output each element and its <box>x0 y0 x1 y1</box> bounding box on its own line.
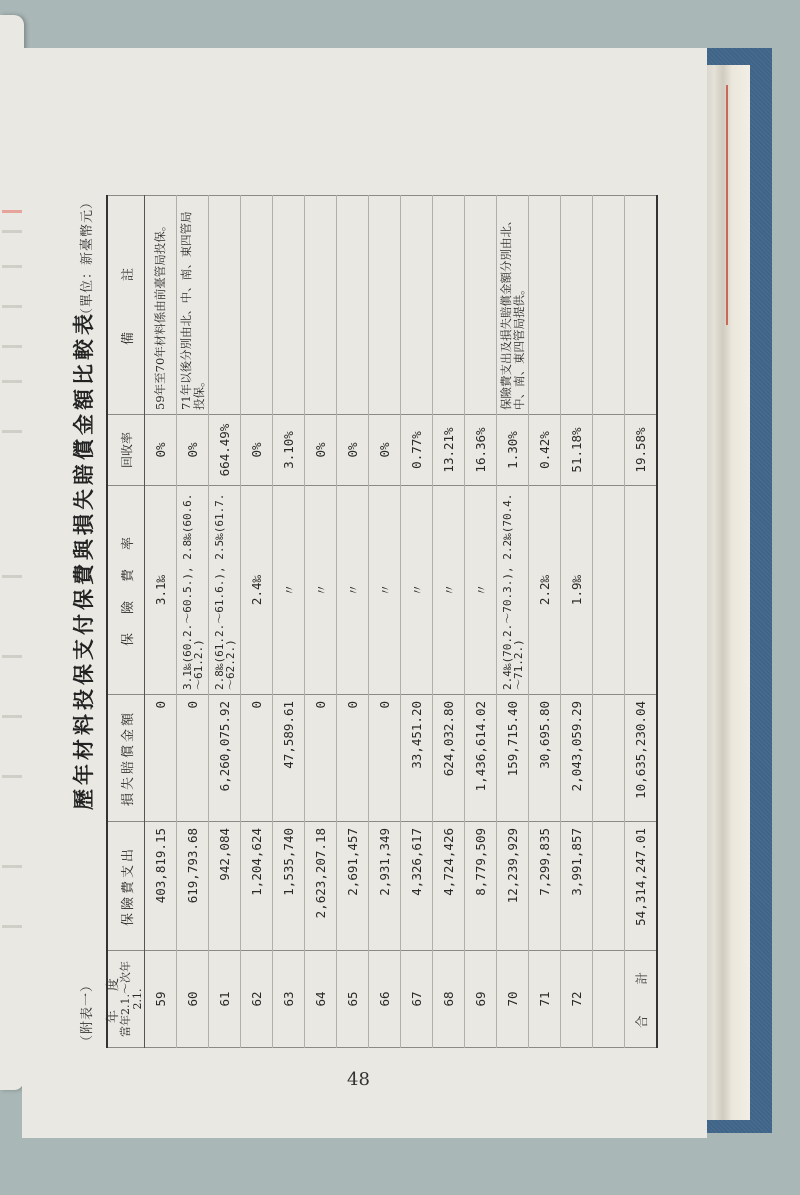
ghost-text <box>2 210 22 213</box>
cell-year: 61 <box>209 951 241 1048</box>
cell-remarks: 保險費支出及損失賠償金額分別由北、中、南、東四管局提供。 <box>497 196 529 415</box>
table-row: 70 12,239,929 159,715.40 2.4‰(70.2.～70.3… <box>497 196 529 1048</box>
cell-year: 69 <box>465 951 497 1048</box>
cell-year: 62 <box>241 951 273 1048</box>
cell-recovery-rate: 1.30% <box>497 415 529 486</box>
header-recovery-rate: 回收率 <box>107 415 145 486</box>
cell-premium-rate: 2.4‰(70.2.～70.3.), 2.2‰(70.4.～71.2.) <box>497 486 529 695</box>
ghost-text <box>2 230 22 233</box>
cell-premium-expense: 7,299,835 <box>529 822 561 951</box>
table-row: 71 7,299,835 30,695.80 2.2‰ 0.42% <box>529 196 561 1048</box>
table-row: 65 2,691,457 0 〃 0% <box>337 196 369 1048</box>
cell-year: 70 <box>497 951 529 1048</box>
cell-premium-expense: 12,239,929 <box>497 822 529 951</box>
cell-premium-expense: 942,084 <box>209 822 241 951</box>
table-total-row: 合 計 54,314,247.01 10,635,230.04 19.58% <box>625 196 658 1048</box>
cell-recovery-rate: 0% <box>305 415 337 486</box>
previous-page-edge <box>0 15 24 1090</box>
cell-remarks <box>561 196 593 415</box>
cell-premium-rate: 〃 <box>273 486 305 695</box>
cell-premium-expense: 2,931,349 <box>369 822 401 951</box>
ghost-text <box>2 715 22 718</box>
ghost-text <box>2 265 22 268</box>
bookmark-ribbon <box>726 85 728 325</box>
cell-loss-compensation: 0 <box>177 695 209 822</box>
cell-premium-rate: 3.1‰(60.2.～60.5.), 2.8‰(60.6.～61.2.) <box>177 486 209 695</box>
cell-loss-compensation: 0 <box>145 695 177 822</box>
cell-recovery-rate: 13.21% <box>433 415 465 486</box>
cell-premium-expense: 2,691,457 <box>337 822 369 951</box>
cell-premium-expense <box>593 822 625 951</box>
cell-premium-rate: 〃 <box>433 486 465 695</box>
cell-premium-expense: 4,724,426 <box>433 822 465 951</box>
cell-premium-expense: 1,535,740 <box>273 822 305 951</box>
cell-total-remarks <box>625 196 658 415</box>
cell-premium-expense: 4,326,617 <box>401 822 433 951</box>
header-remarks: 備 註 <box>107 196 145 415</box>
cell-loss-compensation: 0 <box>241 695 273 822</box>
table-row: 68 4,724,426 624,032.80 〃 13.21% <box>433 196 465 1048</box>
cell-year: 72 <box>561 951 593 1048</box>
page-title: 歷年材料投保支付保費與損失賠償金額比較表 <box>68 310 98 810</box>
comparison-table: 年 度 當年2.1.～次年2.1. 保險費支出 損失賠償金額 保 險 費 率 回… <box>106 195 658 1048</box>
table-row: 61 942,084 6,260,075.92 2.8‰(61.2.～61.6.… <box>209 196 241 1048</box>
cell-loss-compensation: 0 <box>369 695 401 822</box>
cell-recovery-rate: 51.18% <box>561 415 593 486</box>
cell-year <box>593 951 625 1048</box>
cell-recovery-rate: 0% <box>145 415 177 486</box>
cell-loss-compensation: 2,043,059.29 <box>561 695 593 822</box>
cell-premium-rate: 2.8‰(61.2.～61.6.), 2.5‰(61.7.～62.2.) <box>209 486 241 695</box>
cell-loss-compensation <box>593 695 625 822</box>
cell-loss-compensation: 33,451.20 <box>401 695 433 822</box>
ghost-text <box>2 430 22 433</box>
cell-premium-expense: 403,819.15 <box>145 822 177 951</box>
cell-loss-compensation: 159,715.40 <box>497 695 529 822</box>
cell-loss-compensation: 6,260,075.92 <box>209 695 241 822</box>
rotated-table-block: （附表一） 歷年材料投保支付保費與損失賠償金額比較表 （單位：新臺幣元） 年 度… <box>62 195 650 1048</box>
cell-loss-compensation: 1,436,614.02 <box>465 695 497 822</box>
cell-total-recovery-rate: 19.58% <box>625 415 658 486</box>
cell-remarks <box>273 196 305 415</box>
ghost-text <box>2 925 22 928</box>
ghost-text <box>2 775 22 778</box>
ghost-text <box>2 345 22 348</box>
ghost-text <box>2 305 22 308</box>
cell-premium-rate: 2.4‰ <box>241 486 273 695</box>
cell-remarks <box>241 196 273 415</box>
header-year: 年 度 當年2.1.～次年2.1. <box>107 951 145 1048</box>
cell-premium-rate: 〃 <box>337 486 369 695</box>
cell-premium-expense: 3,991,857 <box>561 822 593 951</box>
table-row: 72 3,991,857 2,043,059.29 1.9‰ 51.18% <box>561 196 593 1048</box>
cell-loss-compensation: 624,032.80 <box>433 695 465 822</box>
cell-recovery-rate <box>593 415 625 486</box>
cell-remarks <box>465 196 497 415</box>
cell-remarks <box>369 196 401 415</box>
cell-year: 67 <box>401 951 433 1048</box>
table-row: 69 8,779,509 1,436,614.02 〃 16.36% <box>465 196 497 1048</box>
cell-remarks: 71年以後分別由北、中、南、東四管局投保。 <box>177 196 209 415</box>
cell-remarks <box>593 196 625 415</box>
cell-premium-rate <box>593 486 625 695</box>
cell-premium-rate: 〃 <box>401 486 433 695</box>
cell-year: 64 <box>305 951 337 1048</box>
cell-premium-rate: 〃 <box>369 486 401 695</box>
cell-year: 71 <box>529 951 561 1048</box>
table-row: 63 1,535,740 47,589.61 〃 3.10% <box>273 196 305 1048</box>
cell-year: 68 <box>433 951 465 1048</box>
cell-recovery-rate: 0% <box>241 415 273 486</box>
cell-remarks <box>433 196 465 415</box>
header-loss-compensation: 損失賠償金額 <box>107 695 145 822</box>
cell-premium-rate: 〃 <box>465 486 497 695</box>
unit-label: （單位：新臺幣元） <box>76 195 95 321</box>
cell-recovery-rate: 0% <box>369 415 401 486</box>
cell-remarks <box>401 196 433 415</box>
header-premium-rate: 保 險 費 率 <box>107 486 145 695</box>
table-row-empty <box>593 196 625 1048</box>
cell-remarks <box>337 196 369 415</box>
cell-total-premium-expense: 54,314,247.01 <box>625 822 658 951</box>
cell-total-loss-compensation: 10,635,230.04 <box>625 695 658 822</box>
cell-loss-compensation: 0 <box>305 695 337 822</box>
ghost-text <box>2 380 22 383</box>
cell-premium-rate: 〃 <box>305 486 337 695</box>
cell-premium-expense: 619,793.68 <box>177 822 209 951</box>
cell-loss-compensation: 30,695.80 <box>529 695 561 822</box>
cell-recovery-rate: 664.49% <box>209 415 241 486</box>
table-row: 60 619,793.68 0 3.1‰(60.2.～60.5.), 2.8‰(… <box>177 196 209 1048</box>
cell-year: 60 <box>177 951 209 1048</box>
page-number: 48 <box>347 1069 370 1090</box>
table-row: 62 1,204,624 0 2.4‰ 0% <box>241 196 273 1048</box>
cell-total-label: 合 計 <box>625 951 658 1048</box>
table-row: 64 2,623,207.18 0 〃 0% <box>305 196 337 1048</box>
ghost-text <box>2 865 22 868</box>
header-year-sublabel: 當年2.1.～次年2.1. <box>120 955 144 1043</box>
header-premium-expense: 保險費支出 <box>107 822 145 951</box>
cell-year: 65 <box>337 951 369 1048</box>
cell-premium-expense: 1,204,624 <box>241 822 273 951</box>
cell-recovery-rate: 0.42% <box>529 415 561 486</box>
table-row: 59 403,819.15 0 3.1‰ 0% 59年至70年材料係由前臺管局投… <box>145 196 177 1048</box>
table-row: 66 2,931,349 0 〃 0% <box>369 196 401 1048</box>
cell-premium-expense: 2,623,207.18 <box>305 822 337 951</box>
ghost-text <box>2 575 22 578</box>
cell-premium-rate: 3.1‰ <box>145 486 177 695</box>
cell-recovery-rate: 16.36% <box>465 415 497 486</box>
book-page-edges <box>705 65 750 1120</box>
appendix-label: （附表一） <box>76 978 95 1048</box>
cell-recovery-rate: 0.77% <box>401 415 433 486</box>
cell-year: 59 <box>145 951 177 1048</box>
cell-year: 66 <box>369 951 401 1048</box>
cell-premium-rate: 2.2‰ <box>529 486 561 695</box>
cell-loss-compensation: 0 <box>337 695 369 822</box>
cell-premium-rate: 1.9‰ <box>561 486 593 695</box>
cell-recovery-rate: 0% <box>337 415 369 486</box>
cell-remarks <box>305 196 337 415</box>
cell-year: 63 <box>273 951 305 1048</box>
cell-loss-compensation: 47,589.61 <box>273 695 305 822</box>
cell-premium-expense: 8,779,509 <box>465 822 497 951</box>
cell-remarks <box>529 196 561 415</box>
ghost-text <box>2 655 22 658</box>
table-row: 67 4,326,617 33,451.20 〃 0.77% <box>401 196 433 1048</box>
cell-remarks <box>209 196 241 415</box>
cell-recovery-rate: 3.10% <box>273 415 305 486</box>
document-header: （附表一） 歷年材料投保支付保費與損失賠償金額比較表 （單位：新臺幣元） <box>62 195 102 1048</box>
table-header-row: 年 度 當年2.1.～次年2.1. 保險費支出 損失賠償金額 保 險 費 率 回… <box>107 196 145 1048</box>
cell-total-premium-rate <box>625 486 658 695</box>
cell-remarks: 59年至70年材料係由前臺管局投保。 <box>145 196 177 415</box>
cell-recovery-rate: 0% <box>177 415 209 486</box>
